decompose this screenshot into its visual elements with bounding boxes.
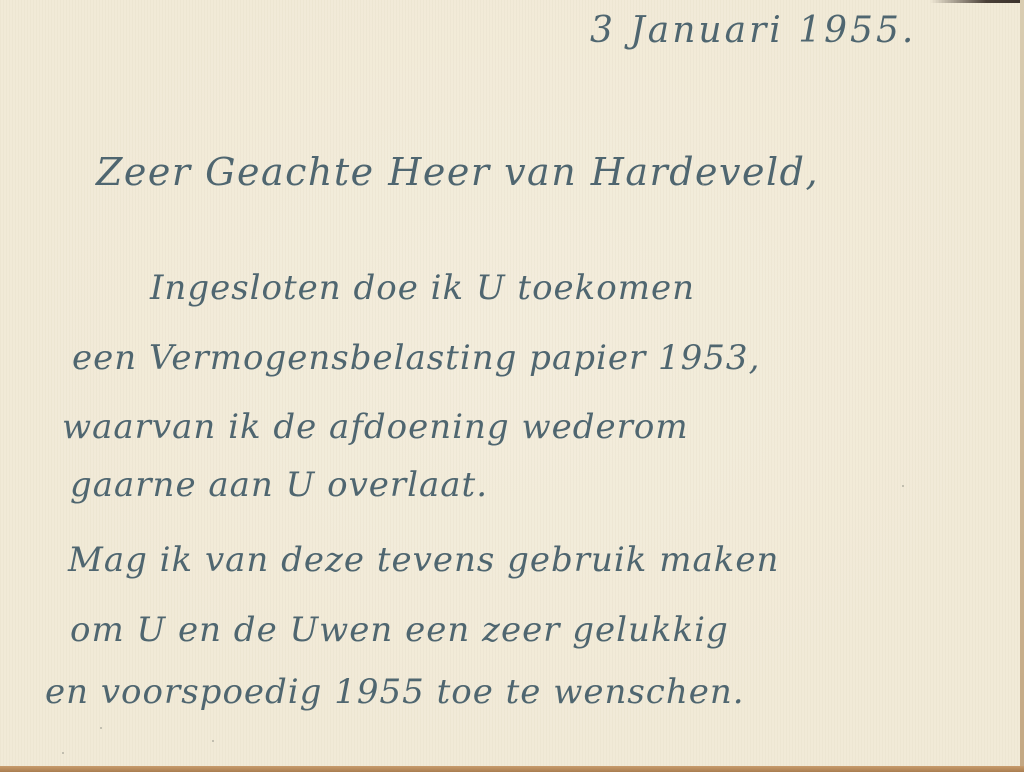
letter-body-line: waarvan ik de afdoening wederom: [62, 407, 689, 447]
paper-speck: [100, 727, 102, 729]
paper-right-edge: [1020, 0, 1024, 772]
paper-speck: [212, 740, 214, 742]
letter-salutation: Zeer Geachte Heer van Hardeveld,: [96, 150, 819, 194]
letter-date: 3 Januari 1955.: [590, 10, 916, 51]
letter-body-line: een Vermogensbelasting papier 1953,: [72, 338, 760, 378]
letter-paper: 3 Januari 1955. Zeer Geachte Heer van Ha…: [0, 0, 1024, 766]
paper-top-edge-shadow: [930, 0, 1024, 3]
letter-body-line: gaarne aan U overlaat.: [70, 465, 488, 505]
paper-speck: [902, 485, 904, 487]
letter-body-line: Ingesloten doe ik U toekomen: [150, 268, 695, 308]
paper-speck: [702, 183, 704, 185]
letter-body-line: om U en de Uwen een zeer gelukkig: [70, 610, 729, 650]
paper-speck: [62, 752, 64, 754]
letter-body-line: Mag ik van deze tevens gebruik maken: [68, 540, 779, 580]
letter-body-line: en voorspoedig 1955 toe te wenschen.: [45, 672, 745, 712]
paper-bottom-edge: [0, 766, 1024, 772]
